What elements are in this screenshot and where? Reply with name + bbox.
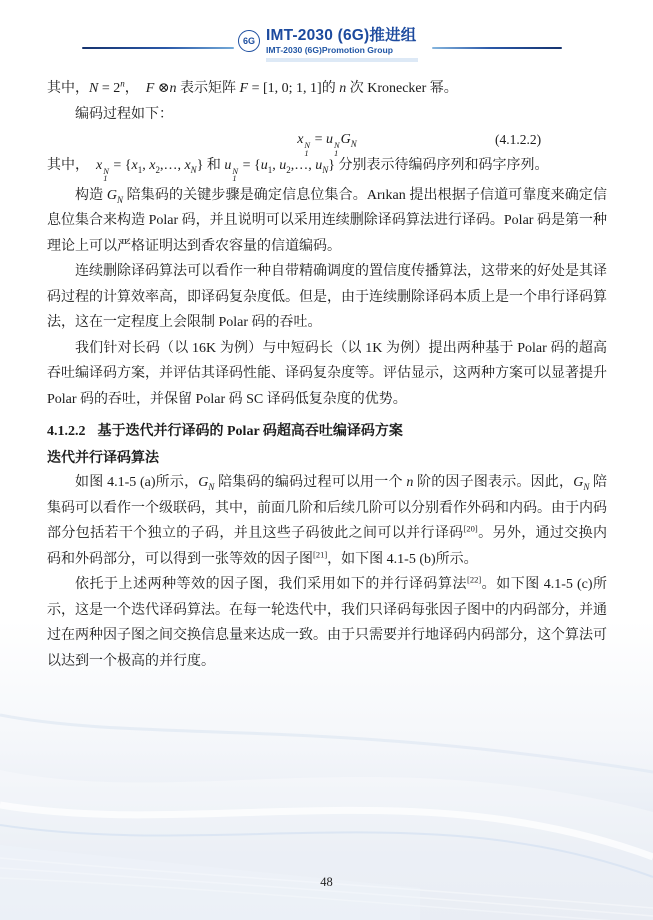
paragraph-coset-construction: 构造 GN 陪集码的关键步骤是确定信息位集合。Arıkan 提出根据子信道可靠度…: [47, 183, 607, 260]
section-heading-text: 基于迭代并行译码的 Polar 码超高吞吐编译码方案: [98, 419, 403, 445]
header-rule-left: [82, 47, 234, 49]
paragraph-iterative-decoding: 依托于上述两种等效的因子图，我们采用如下的并行译码算法[22]。如下图 4.1-…: [47, 572, 607, 674]
paragraph-two-schemes: 我们针对长码（以 16K 为例）与中短码长（以 1K 为例）提出两种基于 Pol…: [47, 336, 607, 413]
paragraph-factor-graph: 如图 4.1-5 (a)所示，GN 陪集码的编码过程可以用一个 n 阶的因子图表…: [47, 470, 607, 572]
subtitle-underline: [266, 58, 418, 62]
header-rule-right: [432, 47, 562, 49]
sub-heading: 迭代并行译码算法: [47, 445, 607, 471]
paragraph-encoding-intro: 编码过程如下：: [47, 102, 607, 128]
org-logo-icon: 6G: [238, 30, 260, 52]
equation-number: (4.1.2.2): [495, 127, 541, 153]
page-number: 48: [0, 875, 653, 890]
paragraph-sc-decoding: 连续删除译码算法可以看作一种自带精确调度的置信度传播算法，这带来的好处是其译码过…: [47, 259, 607, 336]
paragraph-sequence-definition: 其中， xN1 = {x1, x2,…, xN} 和 uN1 = {u1, u2…: [47, 153, 607, 183]
logo-text: 6G: [243, 36, 255, 46]
document-page: 6G IMT-2030 (6G)推进组 IMT-2030 (6G)Promoti…: [0, 0, 653, 920]
equation-row: xN1 = uN1GN (4.1.2.2): [47, 127, 607, 153]
section-heading-number: 4.1.2.2: [47, 419, 86, 445]
paragraph-kronecker: 其中，N = 2n， F ⊗n 表示矩阵 F = [1, 0; 1, 1]的 n…: [47, 76, 607, 102]
document-content: 其中，N = 2n， F ⊗n 表示矩阵 F = [1, 0; 1, 1]的 n…: [47, 76, 607, 674]
header: 6G IMT-2030 (6G)推进组 IMT-2030 (6G)Promoti…: [0, 26, 653, 68]
org-titles: IMT-2030 (6G)推进组 IMT-2030 (6G)Promotion …: [266, 26, 416, 56]
org-title: IMT-2030 (6G)推进组: [266, 26, 416, 45]
org-subtitle: IMT-2030 (6G)Promotion Group: [266, 45, 416, 56]
section-heading: 4.1.2.2 基于迭代并行译码的 Polar 码超高吞吐编译码方案: [47, 419, 607, 445]
